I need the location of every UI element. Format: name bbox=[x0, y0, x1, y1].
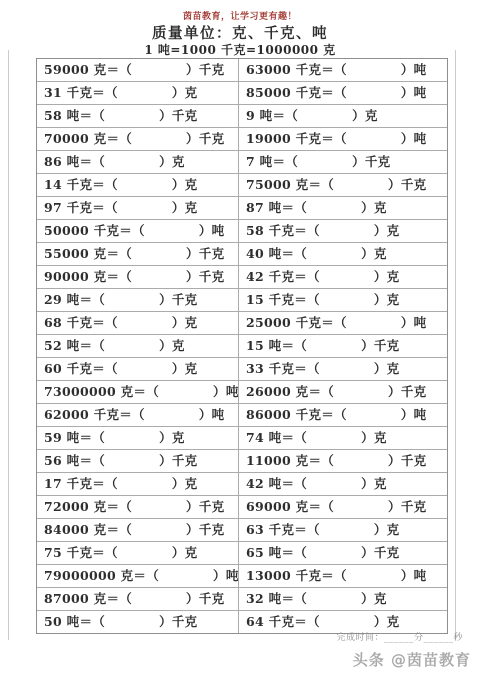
problem-cell: 59 吨＝（）克 bbox=[37, 427, 239, 450]
problem-text: 63000 千克＝（ bbox=[246, 62, 347, 77]
problem-unit: ）千克 bbox=[186, 522, 224, 537]
page-edge-left bbox=[8, 50, 9, 640]
problem-unit: ）千克 bbox=[159, 108, 197, 123]
problem-unit: ）吨 bbox=[213, 384, 239, 399]
problem-unit: ）克 bbox=[361, 430, 387, 445]
problem-text: 69000 克＝（ bbox=[246, 499, 334, 514]
problem-cell: 68 千克＝（）克 bbox=[37, 312, 239, 335]
problem-text: 65 吨＝（ bbox=[246, 545, 307, 560]
problem-cell: 75000 克＝（）千克 bbox=[239, 174, 447, 197]
problem-cell: 13000 千克＝（）吨 bbox=[239, 565, 447, 588]
problem-text: 68 千克＝（ bbox=[44, 315, 118, 330]
problem-cell: 11000 克＝（）千克 bbox=[239, 450, 447, 473]
worksheet-page: 茵苗教育，让学习更有趣！ 质量单位：克、千克、吨 1 吨=1000 千克=100… bbox=[0, 0, 480, 678]
problem-cell: 50 吨＝（）千克 bbox=[37, 611, 239, 633]
problem-unit: ）克 bbox=[172, 85, 198, 100]
problem-text: 56 吨＝（ bbox=[44, 453, 105, 468]
problem-unit: ）克 bbox=[172, 545, 198, 560]
problem-cell: 56 吨＝（）千克 bbox=[37, 450, 239, 473]
problem-unit: ）克 bbox=[374, 269, 400, 284]
problem-text: 58 吨＝（ bbox=[44, 108, 105, 123]
problem-unit: ）千克 bbox=[159, 453, 197, 468]
problem-text: 60 千克＝（ bbox=[44, 361, 118, 376]
problem-unit: ）克 bbox=[361, 476, 387, 491]
problem-cell: 72000 克＝（）千克 bbox=[37, 496, 239, 519]
problem-cell: 63000 千克＝（）吨 bbox=[239, 59, 447, 82]
problem-cell: 70000 克＝（）千克 bbox=[37, 128, 239, 151]
problem-unit: ）吨 bbox=[401, 568, 427, 583]
problem-text: 33 千克＝（ bbox=[246, 361, 320, 376]
problem-text: 75 千克＝（ bbox=[44, 545, 118, 560]
problem-cell: 79000000 克＝（）吨 bbox=[37, 565, 239, 588]
problem-cell: 33 千克＝（）克 bbox=[239, 358, 447, 381]
problem-text: 75000 克＝（ bbox=[246, 177, 334, 192]
problem-cell: 26000 克＝（）千克 bbox=[239, 381, 447, 404]
problem-unit: ）吨 bbox=[401, 407, 427, 422]
problem-text: 26000 克＝（ bbox=[246, 384, 334, 399]
problem-unit: ）千克 bbox=[388, 499, 426, 514]
problem-cell: 50000 千克＝（）吨 bbox=[37, 220, 239, 243]
problem-unit: ）吨 bbox=[199, 223, 225, 238]
problem-cell: 42 吨＝（）克 bbox=[239, 473, 447, 496]
problem-unit: ）千克 bbox=[186, 131, 224, 146]
conversion-formula: 1 吨=1000 千克=1000000 克 bbox=[0, 41, 480, 58]
problem-cell: 97 千克＝（）克 bbox=[37, 197, 239, 220]
problem-cell: 25000 千克＝（）吨 bbox=[239, 312, 447, 335]
problem-unit: ）千克 bbox=[361, 338, 399, 353]
problem-text: 97 千克＝（ bbox=[44, 200, 118, 215]
problem-cell: 59000 克＝（）千克 bbox=[37, 59, 239, 82]
problem-cell: 15 千克＝（）克 bbox=[239, 289, 447, 312]
problem-unit: ）克 bbox=[159, 430, 185, 445]
problem-text: 50000 千克＝（ bbox=[44, 223, 145, 238]
problem-text: 42 吨＝（ bbox=[246, 476, 307, 491]
problem-text: 72000 克＝（ bbox=[44, 499, 132, 514]
page-edge-right bbox=[455, 50, 456, 640]
problem-unit: ）克 bbox=[172, 476, 198, 491]
problem-cell: 87 吨＝（）克 bbox=[239, 197, 447, 220]
problem-cell: 52 吨＝（）克 bbox=[37, 335, 239, 358]
problem-cell: 55000 克＝（）千克 bbox=[37, 243, 239, 266]
problem-cell: 74 吨＝（）克 bbox=[239, 427, 447, 450]
problem-unit: ）千克 bbox=[159, 292, 197, 307]
problem-text: 11000 克＝（ bbox=[246, 453, 334, 468]
problem-unit: ）克 bbox=[352, 108, 378, 123]
problem-cell: 42 千克＝（）克 bbox=[239, 266, 447, 289]
problem-text: 42 千克＝（ bbox=[246, 269, 320, 284]
problem-unit: ）千克 bbox=[159, 614, 197, 629]
problem-cell: 7 吨＝（）千克 bbox=[239, 151, 447, 174]
problem-cell: 62000 千克＝（）吨 bbox=[37, 404, 239, 427]
problem-unit: ）克 bbox=[172, 200, 198, 215]
brand-tagline: 茵苗教育，让学习更有趣！ bbox=[0, 9, 480, 22]
problem-unit: ）克 bbox=[374, 614, 400, 629]
problem-unit: ）克 bbox=[361, 200, 387, 215]
problem-text: 62000 千克＝（ bbox=[44, 407, 145, 422]
problem-text: 15 吨＝（ bbox=[246, 338, 307, 353]
problem-cell: 75 千克＝（）克 bbox=[37, 542, 239, 565]
problem-text: 86000 千克＝（ bbox=[246, 407, 347, 422]
problem-text: 87 吨＝（ bbox=[246, 200, 307, 215]
problem-unit: ）千克 bbox=[186, 499, 224, 514]
problem-unit: ）克 bbox=[361, 246, 387, 261]
problem-cell: 31 千克＝（）克 bbox=[37, 82, 239, 105]
problem-unit: ）吨 bbox=[199, 407, 225, 422]
problem-unit: ）吨 bbox=[401, 62, 427, 77]
problem-cell: 65 吨＝（）千克 bbox=[239, 542, 447, 565]
problem-text: 17 千克＝（ bbox=[44, 476, 118, 491]
problem-text: 73000000 克＝（ bbox=[44, 384, 159, 399]
problem-cell: 17 千克＝（）克 bbox=[37, 473, 239, 496]
problem-unit: ）克 bbox=[172, 315, 198, 330]
watermark-label: 头条 @茵苗教育 bbox=[353, 649, 471, 670]
problem-unit: ）千克 bbox=[352, 154, 390, 169]
problem-text: 86 吨＝（ bbox=[44, 154, 105, 169]
problem-text: 59 吨＝（ bbox=[44, 430, 105, 445]
problem-cell: 86000 千克＝（）吨 bbox=[239, 404, 447, 427]
problem-cell: 86 吨＝（）克 bbox=[37, 151, 239, 174]
problem-unit: ）吨 bbox=[401, 85, 427, 100]
problem-cell: 85000 千克＝（）吨 bbox=[239, 82, 447, 105]
problem-unit: ）吨 bbox=[401, 315, 427, 330]
problem-cell: 60 千克＝（）克 bbox=[37, 358, 239, 381]
problem-text: 63 千克＝（ bbox=[246, 522, 320, 537]
problem-unit: ）克 bbox=[172, 361, 198, 376]
problem-cell: 9 吨＝（）克 bbox=[239, 105, 447, 128]
problem-unit: ）克 bbox=[374, 223, 400, 238]
problem-cell: 90000 克＝（）千克 bbox=[37, 266, 239, 289]
problem-unit: ）克 bbox=[374, 361, 400, 376]
problem-text: 14 千克＝（ bbox=[44, 177, 118, 192]
problems-table: 59000 克＝（）千克63000 千克＝（）吨31 千克＝（）克85000 千… bbox=[36, 58, 448, 634]
problem-unit: ）千克 bbox=[361, 545, 399, 560]
problem-text: 79000000 克＝（ bbox=[44, 568, 159, 583]
problem-text: 32 吨＝（ bbox=[246, 591, 307, 606]
problem-text: 29 吨＝（ bbox=[44, 292, 105, 307]
problem-unit: ）千克 bbox=[388, 384, 426, 399]
problem-text: 25000 千克＝（ bbox=[246, 315, 347, 330]
problem-text: 74 吨＝（ bbox=[246, 430, 307, 445]
problem-text: 58 千克＝（ bbox=[246, 223, 320, 238]
problem-text: 9 吨＝（ bbox=[246, 108, 298, 123]
problem-cell: 58 吨＝（）千克 bbox=[37, 105, 239, 128]
problem-cell: 32 吨＝（）克 bbox=[239, 588, 447, 611]
problem-unit: ）克 bbox=[374, 292, 400, 307]
problem-text: 70000 克＝（ bbox=[44, 131, 132, 146]
problem-cell: 15 吨＝（）千克 bbox=[239, 335, 447, 358]
problem-text: 87000 克＝（ bbox=[44, 591, 132, 606]
problem-text: 40 吨＝（ bbox=[246, 246, 307, 261]
problem-unit: ）克 bbox=[361, 591, 387, 606]
problem-text: 31 千克＝（ bbox=[44, 85, 118, 100]
problem-text: 50 吨＝（ bbox=[44, 614, 105, 629]
problem-unit: ）千克 bbox=[186, 62, 224, 77]
problem-cell: 63 千克＝（）克 bbox=[239, 519, 447, 542]
problem-cell: 87000 克＝（）千克 bbox=[37, 588, 239, 611]
problem-text: 64 千克＝（ bbox=[246, 614, 320, 629]
problem-text: 13000 千克＝（ bbox=[246, 568, 347, 583]
problem-unit: ）克 bbox=[374, 522, 400, 537]
problem-unit: ）千克 bbox=[388, 177, 426, 192]
completion-time-label: 完成时间：______分______秒 bbox=[336, 630, 463, 643]
problem-text: 85000 千克＝（ bbox=[246, 85, 347, 100]
problem-unit: ）千克 bbox=[186, 246, 224, 261]
problem-cell: 14 千克＝（）克 bbox=[37, 174, 239, 197]
problem-cell: 29 吨＝（）千克 bbox=[37, 289, 239, 312]
problem-cell: 40 吨＝（）克 bbox=[239, 243, 447, 266]
problem-cell: 69000 克＝（）千克 bbox=[239, 496, 447, 519]
problem-text: 19000 千克＝（ bbox=[246, 131, 347, 146]
problem-text: 15 千克＝（ bbox=[246, 292, 320, 307]
problem-unit: ）克 bbox=[159, 338, 185, 353]
problem-text: 52 吨＝（ bbox=[44, 338, 105, 353]
problem-text: 7 吨＝（ bbox=[246, 154, 298, 169]
problem-unit: ）克 bbox=[172, 177, 198, 192]
problem-cell: 19000 千克＝（）吨 bbox=[239, 128, 447, 151]
problem-cell: 58 千克＝（）克 bbox=[239, 220, 447, 243]
problem-unit: ）千克 bbox=[388, 453, 426, 468]
problem-unit: ）克 bbox=[159, 154, 185, 169]
problem-unit: ）千克 bbox=[186, 269, 224, 284]
problem-unit: ）吨 bbox=[401, 131, 427, 146]
problem-text: 90000 克＝（ bbox=[44, 269, 132, 284]
problem-cell: 73000000 克＝（）吨 bbox=[37, 381, 239, 404]
problem-text: 55000 克＝（ bbox=[44, 246, 132, 261]
problem-unit: ）千克 bbox=[186, 591, 224, 606]
problem-cell: 84000 克＝（）千克 bbox=[37, 519, 239, 542]
problem-text: 84000 克＝（ bbox=[44, 522, 132, 537]
problem-text: 59000 克＝（ bbox=[44, 62, 132, 77]
problem-unit: ）吨 bbox=[213, 568, 239, 583]
page-title: 质量单位：克、千克、吨 bbox=[0, 22, 480, 43]
